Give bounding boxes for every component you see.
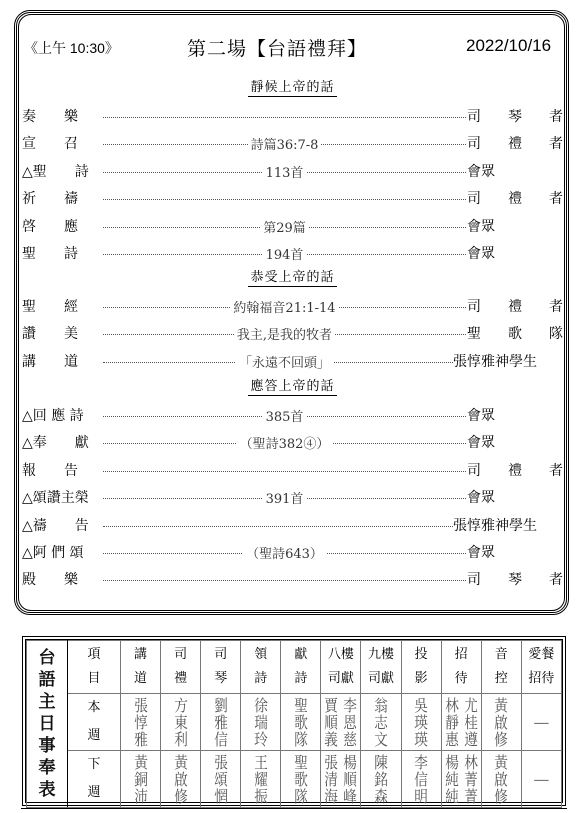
order-item-detail: 第29篇 <box>103 217 466 236</box>
duty-cell: 林菁菁楊純純 <box>441 751 481 808</box>
order-item: △阿 們 頌（聖詩643）會眾 <box>0 540 585 564</box>
order-item-label: △頌讚主榮 <box>22 487 104 507</box>
order-item-detail: 194首 <box>103 244 466 263</box>
service-time: 《上午 10:30》 <box>24 38 119 58</box>
order-item-detail: 385首 <box>103 406 466 425</box>
duty-cell: 吳瑛瑛 <box>401 694 441 751</box>
order-item: 讚 美我主,是我的牧者聖歌隊 <box>0 321 585 345</box>
duty-cell: 方東利 <box>161 694 201 751</box>
order-item: △禱 告張惇雅神學生 <box>0 513 585 537</box>
vertical-names: 李恩慈賈順義 <box>323 697 358 748</box>
order-item: △奉 獻（聖詩382④）會眾 <box>0 430 585 454</box>
order-item-role: 司禮者 <box>467 296 563 316</box>
person-name: 翁志文 <box>374 697 388 748</box>
duty-cell: 李信明 <box>401 751 441 808</box>
vertical-names: 黃啟修 <box>493 697 509 748</box>
duty-column-header: 獻詩 <box>281 641 321 694</box>
person-name: 楊純純 <box>445 754 459 805</box>
service-date: 2022/10/16 <box>466 36 551 56</box>
order-item-detail-text: 194首 <box>263 248 307 263</box>
order-item-role: 司琴者 <box>467 106 563 126</box>
order-item-label: △回 應 詩 <box>22 405 104 425</box>
order-item: 聖 詩194首會眾 <box>0 241 585 265</box>
order-item-detail: 391首 <box>103 488 466 507</box>
person-name: 賈順義 <box>325 697 339 748</box>
person-name: 李信明 <box>414 754 428 805</box>
order-item-detail: 113首 <box>103 162 466 181</box>
order-item-label: 啓 應 <box>22 216 104 236</box>
person-name: 方東利 <box>174 697 188 748</box>
role-text: 司禮者 <box>467 296 563 316</box>
duty-roster: 台語主日事奉表 項目講道司禮司琴領詩獻詩八樓司獻九樓司獻投影招待音控愛餐招待 本… <box>22 636 566 806</box>
order-item-label: 宣 召 <box>22 133 104 153</box>
role-text: 司禮者 <box>467 188 563 208</box>
vertical-names: 楊順峰張清海 <box>323 754 358 805</box>
duty-column-header: 講道 <box>121 641 161 694</box>
vertical-names: 聖歌隊 <box>293 754 309 805</box>
person-name: 黃啟修 <box>494 697 508 748</box>
duty-cell: 張惇雅 <box>121 694 161 751</box>
order-item-detail: 「永遠不回頭」 <box>103 352 466 371</box>
order-item-role: 會眾 <box>467 405 563 425</box>
duty-cell: 聖歌隊 <box>281 751 321 808</box>
vertical-names: 方東利 <box>173 697 189 748</box>
duty-cell: 徐瑞玲 <box>241 694 281 751</box>
dotted-leader <box>103 471 466 472</box>
empty-dash: — <box>533 713 549 732</box>
duty-column-header: 領詩 <box>241 641 281 694</box>
dotted-leader <box>103 526 453 527</box>
order-item-label: 聖 經 <box>22 296 104 316</box>
vertical-names: 吳瑛瑛 <box>413 697 429 748</box>
order-item: 殿 樂司琴者 <box>0 567 585 591</box>
order-item-detail-text: 我主,是我的牧者 <box>234 328 335 343</box>
duty-row-this-week: 本週張惇雅方東利劉雅信徐瑞玲聖歌隊李恩慈賈順義翁志文吳瑛瑛尤桂遵林靜惠黃啟修— <box>27 694 562 751</box>
vertical-names: 李信明 <box>413 754 429 805</box>
duty-column-header: 項目 <box>68 641 121 694</box>
section-title: 應答上帝的話 <box>0 375 585 394</box>
dotted-leader <box>103 199 466 200</box>
order-item: △回 應 詩385首會眾 <box>0 403 585 427</box>
duty-column-header: 音控 <box>481 641 521 694</box>
duty-column-header: 投影 <box>401 641 441 694</box>
page-title: 第二場【台語禮拜】 <box>187 34 367 61</box>
vertical-names: 徐瑞玲 <box>253 697 269 748</box>
person-name: 王耀振 <box>254 754 268 805</box>
order-item: 祈 禱司禮者 <box>0 186 585 210</box>
role-text: 司琴者 <box>467 106 563 126</box>
section-title-text: 恭受上帝的話 <box>248 270 336 287</box>
duty-cell: 陳銘森 <box>361 751 401 808</box>
role-text: 司禮者 <box>467 133 563 153</box>
section-title: 靜候上帝的話 <box>0 76 585 95</box>
person-name: 張清海 <box>325 754 339 805</box>
order-item-detail-text: 約翰福音21:1-14 <box>230 301 338 316</box>
vertical-names: 王耀振 <box>253 754 269 805</box>
order-item-role: 會眾 <box>467 243 563 263</box>
vertical-names: 陳銘森 <box>373 754 389 805</box>
person-name: 黃銅沛 <box>134 754 148 805</box>
order-item-role: 司禮者 <box>467 460 563 480</box>
person-name: 徐瑞玲 <box>254 697 268 748</box>
duty-cell: 王耀振 <box>241 751 281 808</box>
order-item-role: 聖歌隊 <box>467 323 563 343</box>
order-item-detail: 我主,是我的牧者 <box>103 324 466 343</box>
duty-roster-title: 台語主日事奉表 <box>27 641 68 808</box>
section-title: 恭受上帝的話 <box>0 266 585 285</box>
duty-cell: 聖歌隊 <box>281 694 321 751</box>
duty-cell: — <box>521 751 561 808</box>
vertical-names: 黃銅沛 <box>133 754 149 805</box>
person-name: 楊順峰 <box>344 754 358 805</box>
section-title-text: 應答上帝的話 <box>248 379 336 396</box>
section-title-text: 靜候上帝的話 <box>248 80 336 97</box>
person-name: 尤桂遵 <box>464 697 478 748</box>
order-item: 講 道「永遠不回頭」張惇雅神學生 <box>0 349 585 373</box>
duty-cell: — <box>521 694 561 751</box>
role-text: 聖歌隊 <box>467 323 563 343</box>
person-name: 陳銘森 <box>374 754 388 805</box>
order-item-label: 聖 詩 <box>22 243 104 263</box>
duty-cell: 尤桂遵林靜惠 <box>441 694 481 751</box>
order-item-detail-text: （聖詩643） <box>243 547 326 562</box>
order-item: △頌讚主榮391首會眾 <box>0 485 585 509</box>
order-item-role: 會眾 <box>467 161 563 181</box>
duty-row-next-week: 下週黃銅沛黃啟修張頌惘王耀振聖歌隊楊順峰張清海陳銘森李信明林菁菁楊純純黃啟修— <box>27 751 562 808</box>
program-header: 《上午 10:30》 第二場【台語禮拜】 2022/10/16 <box>0 34 585 60</box>
order-item-detail-text: 「永遠不回頭」 <box>236 356 333 371</box>
order-item-detail: 約翰福音21:1-14 <box>103 297 466 316</box>
person-name: 林菁菁 <box>464 754 478 805</box>
order-item-label: 讚 美 <box>22 323 104 343</box>
dotted-leader <box>103 580 466 581</box>
vertical-names: 翁志文 <box>373 697 389 748</box>
order-item-label: △奉 獻 <box>22 432 104 452</box>
person-name: 李恩慈 <box>344 697 358 748</box>
role-text: 司琴者 <box>467 569 563 589</box>
order-item-label: △聖 詩 <box>22 161 104 181</box>
person-name: 張惇雅 <box>134 697 148 748</box>
order-item: 奏 樂司琴者 <box>0 104 585 128</box>
order-item-label: △禱 告 <box>22 515 104 535</box>
vertical-names: 張惇雅 <box>133 697 149 748</box>
order-item-role: 司禮者 <box>467 188 563 208</box>
vertical-names: 黃啟修 <box>493 754 509 805</box>
order-item-label: △阿 們 頌 <box>22 542 104 562</box>
duty-cell: 翁志文 <box>361 694 401 751</box>
person-name: 吳瑛瑛 <box>414 697 428 748</box>
vertical-names: 黃啟修 <box>173 754 189 805</box>
order-item-label: 講 道 <box>22 351 104 371</box>
vertical-names: 張頌惘 <box>213 754 229 805</box>
vertical-names: 林菁菁楊純純 <box>444 754 479 805</box>
order-item-detail-text: 391首 <box>263 492 307 507</box>
order-item-label: 殿 樂 <box>22 569 104 589</box>
order-item-role: 會眾 <box>467 216 563 236</box>
role-text: 司禮者 <box>467 460 563 480</box>
duty-cell: 黃銅沛 <box>121 751 161 808</box>
person-name: 黃啟修 <box>494 754 508 805</box>
order-item-label: 報 告 <box>22 460 104 480</box>
order-item-detail-text: （聖詩382④） <box>237 437 333 452</box>
person-name: 聖歌隊 <box>294 697 308 748</box>
duty-cell: 張頌惘 <box>201 751 241 808</box>
order-item-detail: 詩篇36:7-8 <box>103 134 466 153</box>
duty-column-header: 愛餐招待 <box>521 641 561 694</box>
duty-cell: 黃啟修 <box>161 751 201 808</box>
order-item-label: 奏 樂 <box>22 106 104 126</box>
duty-column-header: 招待 <box>441 641 481 694</box>
order-item: 聖 經約翰福音21:1-14司禮者 <box>0 294 585 318</box>
dotted-leader <box>103 117 466 118</box>
order-item-label: 祈 禱 <box>22 188 104 208</box>
order-item-role: 司禮者 <box>467 133 563 153</box>
duty-row-label: 下週 <box>68 751 121 808</box>
order-item: 宣 召詩篇36:7-8司禮者 <box>0 131 585 155</box>
person-name: 林靜惠 <box>445 697 459 748</box>
duty-cell: 楊順峰張清海 <box>321 751 361 808</box>
vertical-names: 尤桂遵林靜惠 <box>444 697 479 748</box>
order-item-detail: （聖詩382④） <box>103 433 466 452</box>
order-item-detail: （聖詩643） <box>103 543 466 562</box>
order-item-detail-text: 113首 <box>263 166 307 181</box>
order-item-role: 張惇雅神學生 <box>453 351 563 371</box>
order-item: 報 告司禮者 <box>0 458 585 482</box>
duty-column-header: 九樓司獻 <box>361 641 401 694</box>
empty-dash: — <box>533 770 549 789</box>
duty-column-header: 八樓司獻 <box>321 641 361 694</box>
person-name: 聖歌隊 <box>294 754 308 805</box>
duty-cell: 黃啟修 <box>481 694 521 751</box>
order-item: △聖 詩113首會眾 <box>0 159 585 183</box>
order-item-role: 張惇雅神學生 <box>453 515 563 535</box>
duty-column-header: 司禮 <box>161 641 201 694</box>
duty-cell: 劉雅信 <box>201 694 241 751</box>
order-item-detail-text: 385首 <box>263 410 307 425</box>
person-name: 劉雅信 <box>214 697 228 748</box>
order-item-role: 會眾 <box>467 487 563 507</box>
person-name: 張頌惘 <box>214 754 228 805</box>
person-name: 黃啟修 <box>174 754 188 805</box>
order-item-detail-text: 詩篇36:7-8 <box>248 138 322 153</box>
duty-cell: 李恩慈賈順義 <box>321 694 361 751</box>
vertical-names: 劉雅信 <box>213 697 229 748</box>
duty-row-label: 本週 <box>68 694 121 751</box>
duty-column-header: 司琴 <box>201 641 241 694</box>
order-item-role: 會眾 <box>467 542 563 562</box>
order-item-role: 會眾 <box>467 432 563 452</box>
order-item: 啓 應第29篇會眾 <box>0 214 585 238</box>
order-item-role: 司琴者 <box>467 569 563 589</box>
order-item-detail-text: 第29篇 <box>260 221 309 236</box>
duty-cell: 黃啟修 <box>481 751 521 808</box>
vertical-names: 聖歌隊 <box>293 697 309 748</box>
